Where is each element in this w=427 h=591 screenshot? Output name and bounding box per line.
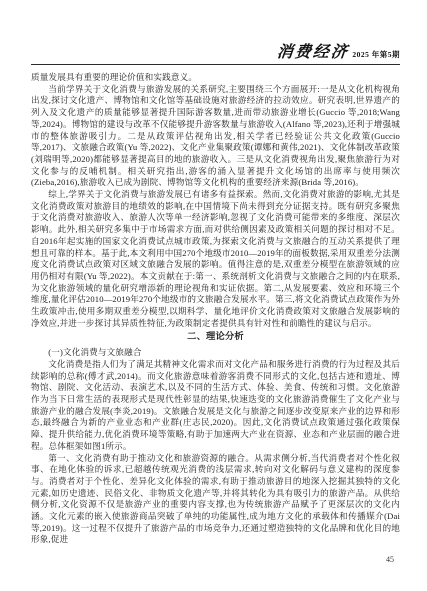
journal-logo: 消费经济	[276, 39, 350, 62]
journal-page: 消费经济 2025 年第5期 质量发展具有重要的理论价值和实践意义。 当前学界关…	[0, 0, 427, 591]
paragraph-definition: 文化消费是指人们为了满足其精神文化需求而对文化产品和服务进行消费的行为过程及其后…	[31, 359, 400, 453]
page-number: 45	[31, 555, 400, 564]
paragraph-resource-integration: 第一、文化消费有助于推动文化和旅游资源的融合。从需求侧分析,当代消费者对个性化叙…	[31, 453, 400, 547]
paragraph-contributions: 综上,学界关于文化消费与旅游发展已有诸多有益探索。然而,文化消费对旅游的影响,尤…	[31, 189, 400, 329]
masthead: 消费经济 2025 年第5期	[31, 39, 400, 62]
header-divider	[31, 64, 400, 65]
article-body: 质量发展具有重要的理论价值和实践意义。 当前学界关于文化消费与旅游发展的关系研究…	[31, 72, 400, 546]
subsection-heading-culture-tourism-integration: (一)文化消费与文旅融合	[31, 347, 400, 359]
issue-label: 2025 年第5期	[352, 49, 400, 60]
section-heading-theory-analysis: 二、理论分析	[31, 332, 400, 344]
paragraph-continuation: 质量发展具有重要的理论价值和实践意义。	[31, 72, 400, 84]
paragraph-literature-review: 当前学界关于文化消费与旅游发展的关系研究,主要围绕三个方面展开:一是从文化机构视…	[31, 84, 400, 189]
